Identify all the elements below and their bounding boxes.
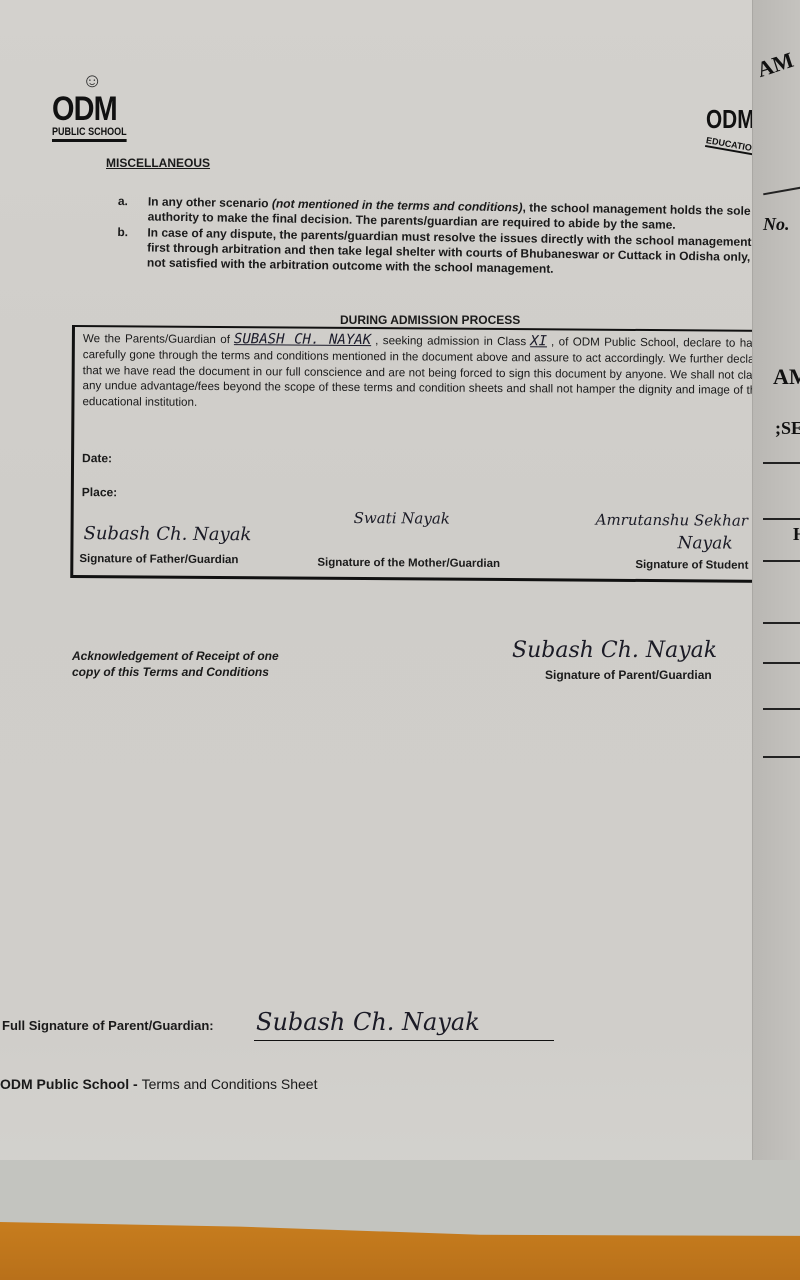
class-field[interactable]: XI [526,333,551,349]
back-fragment: AM [773,364,800,390]
student-signature-label: Signature of Student [635,559,748,572]
right-logo-text: ODM [706,104,755,135]
date-label: Date: [82,451,112,465]
back-line [763,560,800,562]
mother-signature-label: Signature of the Mother/Guardian [317,557,500,570]
document-page: ☺ ODM PUBLIC SCHOOL ODM EDUCATION MISCEL… [0,0,760,1280]
declaration-text: We the Parents/Guardian ofSUBASH CH. NAY… [82,331,765,415]
item-label: a. [118,194,148,224]
miscellaneous-heading: MISCELLANEOUS [106,156,210,170]
acknowledgement-signature: Subash Ch. Nayak [512,638,717,663]
back-fragment: ;SE [775,418,800,439]
back-line [763,708,800,710]
admission-declaration-box: We the Parents/Guardian ofSUBASH CH. NAY… [70,325,774,583]
student-signature-line2: Nayak [677,533,732,553]
back-line [763,662,800,664]
logo-subtext: PUBLIC SCHOOL [52,126,127,142]
back-line [763,756,800,758]
underlying-page: AM No. AM ;SE H [752,0,800,1180]
back-line [763,462,800,464]
student-name-field[interactable]: SUBASH CH. NAYAK [230,331,375,348]
back-fragment: H [793,524,800,545]
full-signature: Subash Ch. Nayak [256,1008,480,1036]
item-text: In case of any dispute, the parents/guar… [147,225,768,280]
list-item: b. In case of any dispute, the parents/g… [117,225,768,280]
acknowledgement-signature-label: Signature of Parent/Guardian [545,668,712,682]
mother-signature: Swati Nayak [354,509,450,528]
place-label: Place: [82,485,117,499]
full-signature-line [254,1040,554,1041]
back-line [763,518,800,520]
acknowledgement-text: Acknowledgement of Receipt of one copy o… [72,648,279,680]
admission-heading: DURING ADMISSION PROCESS [340,313,520,327]
student-signature-line1: Amrutanshu Sekhar [596,511,748,530]
back-fragment: AM [754,47,797,83]
back-line [763,622,800,624]
miscellaneous-list: a. In any other scenario (not mentioned … [117,194,768,281]
logo-text: ODM [52,90,117,129]
father-signature-label: Signature of Father/Guardian [79,553,238,566]
page-footer: ODM Public School - Terms and Conditions… [0,1076,317,1092]
full-signature-label: Full Signature of Parent/Guardian: [2,1018,214,1033]
father-signature: Subash Ch. Nayak [83,523,251,545]
back-fragment: No. [763,214,790,235]
back-line [763,187,800,196]
item-label: b. [117,225,148,270]
